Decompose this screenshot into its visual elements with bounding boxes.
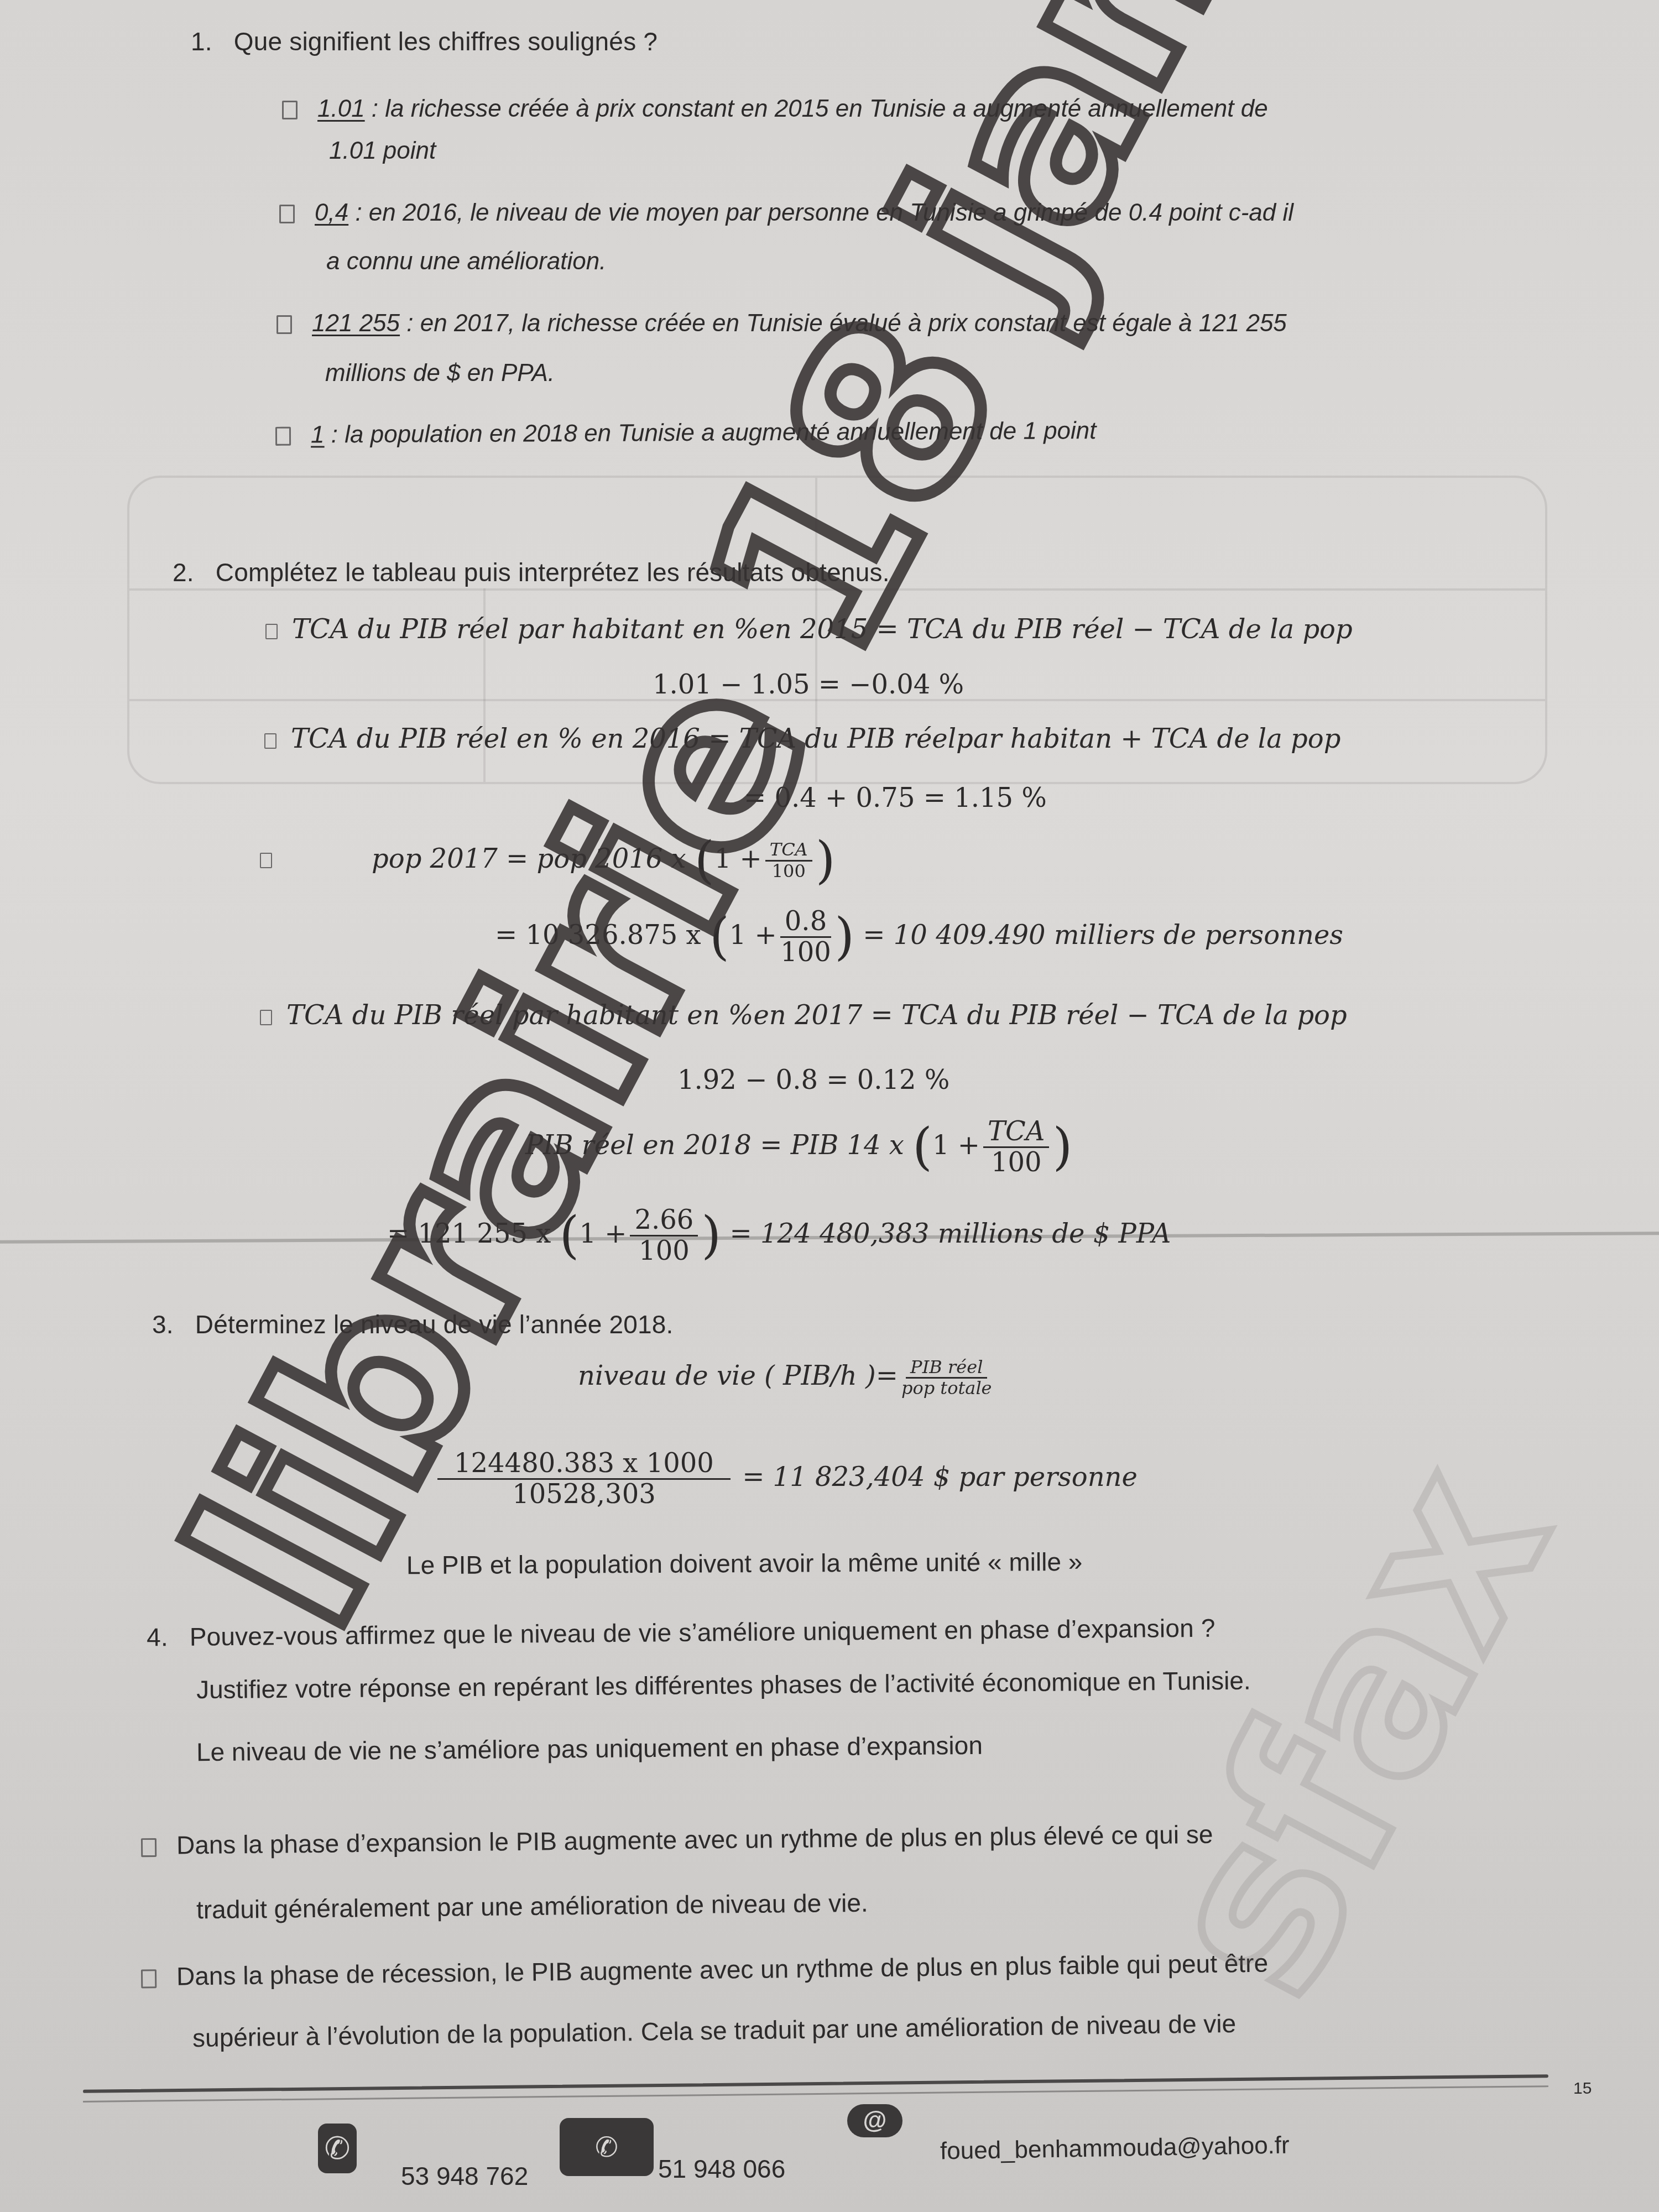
question-1-title: Que signifient les chiffres soulignés ? [234,27,658,56]
bullet-box-icon [141,1969,156,1988]
bullet-box-icon [282,101,298,119]
underlined-value: 1.01 [317,95,365,122]
page-number: 15 [1573,2079,1592,2098]
footer-rule [83,2074,1548,2093]
phone-icon: ✆ [318,2124,357,2173]
bullet-box-icon [260,853,272,868]
q4-point-expansion-cont: traduit généralement par une amélioratio… [196,1888,868,1925]
bullet-box-icon [141,1838,156,1857]
phone-number-2: 51 948 066 [658,2154,785,2184]
calc-2017: 1.92 − 0.8 = 0.12 % [677,1065,950,1095]
formula-niveau-de-vie: niveau de vie ( PIB/h )=PIB réelpop tota… [578,1358,995,1398]
underlined-value: 0,4 [315,199,348,226]
watermark-show-through: sfax [1106,1426,1601,2034]
email-address: foued_benhammouda@yahoo.fr [940,2131,1290,2165]
question-1-number: 1. [191,27,212,56]
bullet-box-icon [264,733,276,749]
at-sign-icon: @ [847,2104,902,2137]
bullet-box-icon [265,624,278,639]
q1-item-3-cont: millions de $ en PPA. [325,359,555,387]
unit-note: Le PIB et la population doivent avoir la… [406,1547,1083,1580]
q4-point-recession-cont: supérieur à l’évolution de la population… [192,2008,1237,2053]
bullet-box-icon [276,315,292,334]
question-4-subtitle: Justifiez votre réponse en repérant les … [196,1666,1251,1705]
calc-niveau-de-vie: 124480.383 x 100010528,303 = 11 823,404 … [434,1449,1138,1509]
q1-item-2-cont: a connu une amélioration. [326,248,606,275]
q1-item-1-cont: 1.01 point [329,137,436,165]
underlined-value: 1 [311,421,325,448]
question-1: 1. Que signifient les chiffres soulignés… [191,27,658,56]
bullet-box-icon [279,205,295,223]
q4-point-recession: Dans la phase de récession, le PIB augme… [141,1948,1269,1992]
underlined-value: 121 255 [312,310,400,337]
phone-number-1: 53 948 762 [401,2161,528,2191]
bullet-box-icon [275,427,291,446]
q4-point-expansion: Dans la phase d’expansion le PIB augment… [141,1819,1213,1860]
document-page: 1. Que signifient les chiffres soulignés… [0,0,1659,2212]
whatsapp-icon: ✆ [560,2118,654,2176]
question-4-answer: Le niveau de vie ne s’améliore pas uniqu… [196,1730,983,1767]
bullet-box-icon [260,1010,272,1025]
